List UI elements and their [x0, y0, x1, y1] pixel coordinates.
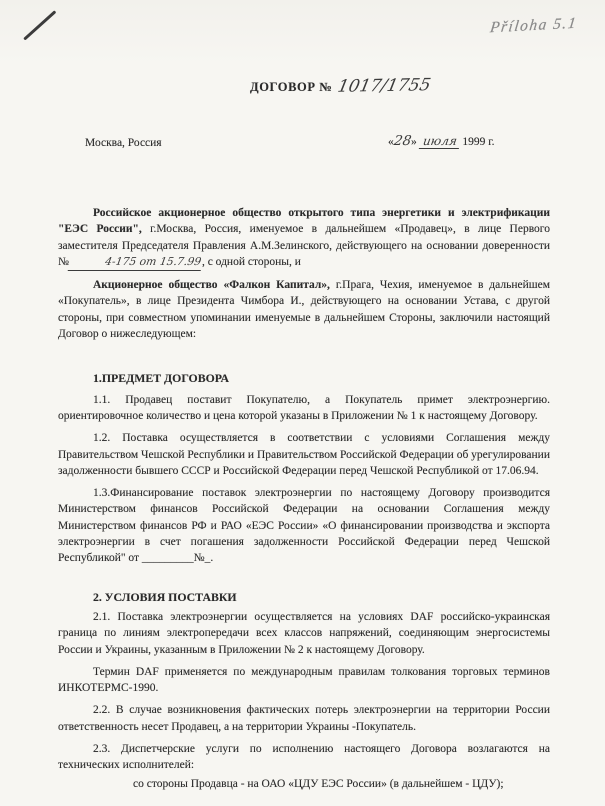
contract-title-label: ДОГОВОР №	[250, 80, 332, 94]
clause-2-1: 2.1. Поставка электроэнергии осуществляе…	[58, 609, 550, 658]
paragraph-buyer: Акционерное общество «Фалкон Капитал», г…	[58, 277, 550, 342]
date-month-handwritten: июля	[418, 134, 460, 149]
scanned-contract-page: Příloha 5.1 ДОГОВОР №1017/1755 Москва, Р…	[0, 0, 605, 806]
date-close-quote: »	[411, 136, 417, 148]
contract-title: ДОГОВОР №1017/1755	[250, 76, 431, 96]
power-of-attorney-handwritten: 4-175 от 15.7.99	[68, 254, 204, 271]
clause-2-3: 2.3. Диспетчерские услуги по исполнению …	[58, 741, 550, 774]
buyer-name-bold: Акционерное общество «Фалкон Капитал»,	[93, 279, 330, 291]
clause-2-3-seller-side: со стороны Продавца - на ОАО «ЦДУ ЕЭС Ро…	[133, 776, 550, 792]
date-year: 1999 г.	[462, 136, 494, 148]
clause-2-2: 2.2. В случае возникновения фактических …	[58, 702, 550, 735]
seller-text-2: , с одной стороны, и	[202, 256, 301, 268]
clause-1-2: 1.2. Поставка осуществляется в соответст…	[58, 430, 550, 479]
place-line: Москва, Россия	[85, 137, 162, 149]
paragraph-seller: Российское акционерное общество открытог…	[58, 205, 550, 271]
date-day-handwritten: 28	[392, 133, 412, 149]
clause-1-3: 1.3.Финансирование поставок электроэнерг…	[58, 485, 550, 566]
clause-1-1: 1.1. Продавец поставит Покупателю, а Пок…	[58, 392, 550, 425]
handwritten-annotation: Příloha 5.1	[489, 15, 578, 38]
contract-number-handwritten: 1017/1755	[336, 75, 432, 97]
pen-stroke-mark	[23, 10, 56, 40]
section-2-heading: 2. УСЛОВИЯ ПОСТАВКИ	[93, 589, 550, 605]
clause-daf-term: Термин DAF применяется по международным …	[58, 664, 550, 697]
section-1-heading: 1.ПРЕДМЕТ ДОГОВОРА	[93, 370, 550, 386]
contract-body: Российское акционерное общество открытог…	[58, 205, 550, 792]
date-line: «28» июля 1999 г.	[388, 133, 495, 149]
